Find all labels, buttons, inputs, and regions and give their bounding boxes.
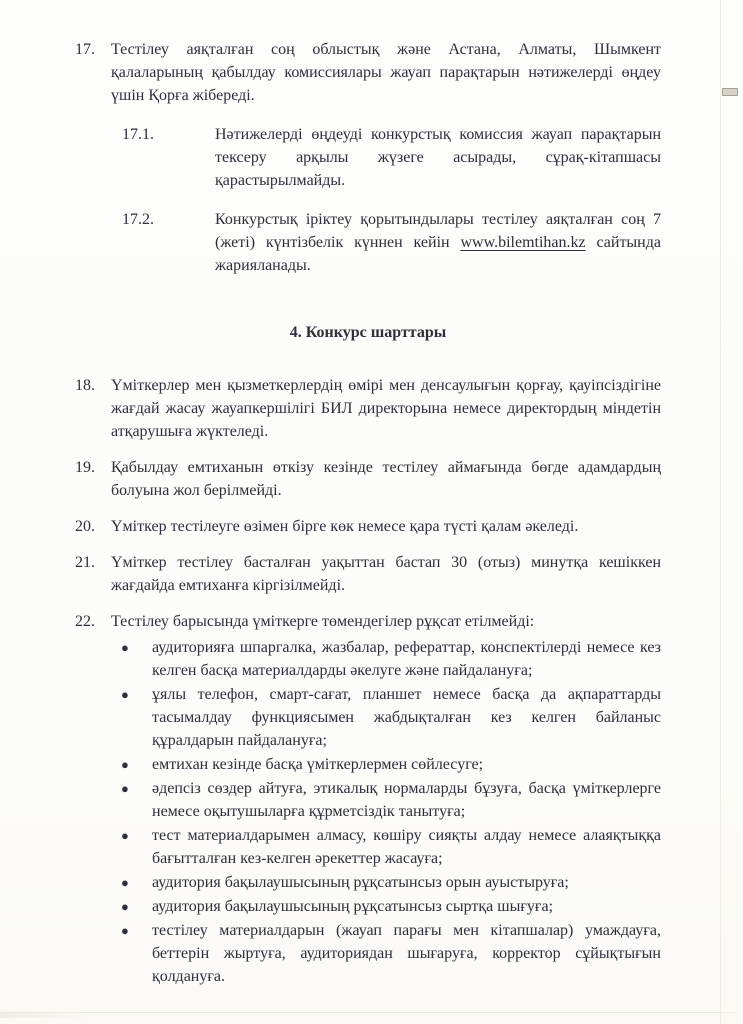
bullet-text: аудиторияға шпаргалка, жазбалар, реферат…: [152, 636, 661, 682]
bullet-icon: ●: [121, 683, 152, 752]
list-item-22: 22. Тестілеу барысында үміткерге төменде…: [75, 610, 661, 633]
bullet-item: ● аудиторияға шпаргалка, жазбалар, рефер…: [121, 636, 661, 682]
bullet-icon: ●: [121, 871, 152, 894]
bullet-text: тестілеу материалдарын (жауап парағы мен…: [152, 919, 661, 988]
bullet-item: ● аудитория бақылаушысының рұқсатынсыз с…: [121, 895, 661, 918]
item-number: 21.: [75, 551, 111, 597]
bullet-item: ● аудитория бақылаушысының рұқсатынсыз о…: [121, 871, 661, 894]
bullet-icon: ●: [121, 777, 152, 823]
scan-artifact-dash: [722, 88, 738, 96]
scan-edge-right: [720, 0, 721, 1024]
item-text: Үміткер тестілеуге өзімен бірге көк неме…: [111, 515, 661, 538]
subitem-text: Нәтижелерді өңдеуді конкурстық комиссия …: [215, 123, 661, 192]
bullet-text: әдепсіз сөздер айтуға, этикалық нормалар…: [152, 777, 661, 823]
item-22-bullet-list: ● аудиторияға шпаргалка, жазбалар, рефер…: [121, 636, 661, 988]
list-item-19: 19. Қабылдау емтиханын өткізу кезінде те…: [75, 456, 661, 502]
item-text: Тестілеу барысында үміткерге төмендегіле…: [111, 610, 661, 633]
bullet-item: ● емтихан кезінде басқа үміткерлермен сө…: [121, 753, 661, 776]
list-item-17: 17. Тестілеу аяқталған соң облыстық және…: [75, 38, 661, 107]
item-number: 18.: [75, 374, 111, 443]
bullet-icon: ●: [121, 753, 152, 776]
list-subitem-17-1: 17.1. Нәтижелерді өңдеуді конкурстық ком…: [122, 123, 661, 192]
item-text: Үміткер тестілеу басталған уақыттан баст…: [111, 551, 661, 597]
bullet-icon: ●: [121, 636, 152, 682]
bullet-item: ● ұялы телефон, смарт-сағат, планшет нем…: [121, 683, 661, 752]
document-page: 17. Тестілеу аяқталған соң облыстық және…: [0, 0, 743, 1024]
bullet-text: емтихан кезінде басқа үміткерлермен сөйл…: [152, 753, 661, 776]
item-text: Қабылдау емтиханын өткізу кезінде тестіл…: [111, 456, 661, 502]
bullet-icon: ●: [121, 824, 152, 870]
scan-corner-smudge: [0, 1012, 90, 1018]
bullet-text: тест материалдарымен алмасу, көшіру сияқ…: [152, 824, 661, 870]
bullet-text: ұялы телефон, смарт-сағат, планшет немес…: [152, 683, 661, 752]
item-number: 19.: [75, 456, 111, 502]
list-subitem-17-2: 17.2. Конкурстық іріктеу қорытындылары т…: [122, 208, 661, 277]
subitem-text: Конкурстық іріктеу қорытындылары тестіле…: [215, 208, 661, 277]
item-number: 17.: [75, 38, 111, 107]
list-item-20: 20. Үміткер тестілеуге өзімен бірге көк …: [75, 515, 661, 538]
website-link: www.bilemtihan.kz: [460, 234, 585, 251]
scan-edge-bottom: [0, 1012, 735, 1013]
subitem-number: 17.1.: [122, 123, 215, 192]
item-text: Үміткерлер мен қызметкерлердің өмірі мен…: [111, 374, 661, 443]
item-number: 22.: [75, 610, 111, 633]
bullet-item: ● тест материалдарымен алмасу, көшіру си…: [121, 824, 661, 870]
list-item-18: 18. Үміткерлер мен қызметкерлердің өмірі…: [75, 374, 661, 443]
bullet-icon: ●: [121, 895, 152, 918]
section-heading: 4. Конкурс шарттары: [75, 321, 661, 344]
item-number: 20.: [75, 515, 111, 538]
bullet-text: аудитория бақылаушысының рұқсатынсыз оры…: [152, 871, 661, 894]
bullet-icon: ●: [121, 919, 152, 988]
bullet-text: аудитория бақылаушысының рұқсатынсыз сыр…: [152, 895, 661, 918]
item-text: Тестілеу аяқталған соң облыстық және Аст…: [111, 38, 661, 107]
bullet-item: ● тестілеу материалдарын (жауап парағы м…: [121, 919, 661, 988]
bullet-item: ● әдепсіз сөздер айтуға, этикалық нормал…: [121, 777, 661, 823]
document-content: 17. Тестілеу аяқталған соң облыстық және…: [75, 38, 661, 989]
list-item-21: 21. Үміткер тестілеу басталған уақыттан …: [75, 551, 661, 597]
subitem-number: 17.2.: [122, 208, 215, 277]
